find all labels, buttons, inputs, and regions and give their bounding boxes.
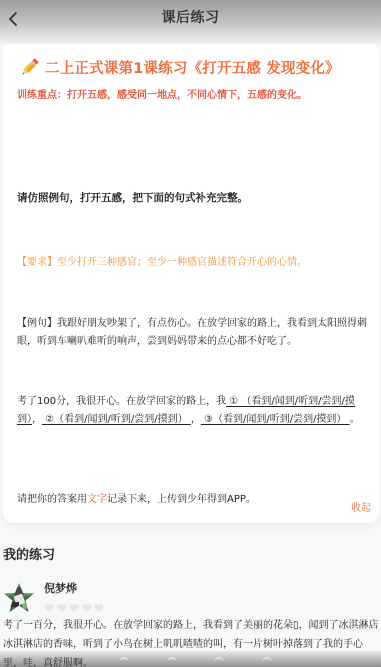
exercise-title-row: 二上正式课第1课练习《打开五感 发现变化》 [19, 57, 340, 78]
collapse-button[interactable]: 收起 [351, 499, 371, 514]
fill-blank-3: ③（看到/闻到/听到/尝到/摸到） [201, 414, 350, 425]
fill-separator: ， [32, 414, 42, 425]
page-title: 课后练习 [0, 7, 381, 27]
example-sentence: 【例句】我跟好朋友吵架了，有点伤心。在放学回家的路上，我看到太阳照得刺眼，听到车… [17, 315, 367, 351]
practice-author: 倪梦烨 [3, 578, 107, 614]
heart-icon [69, 603, 79, 613]
author-info: 倪梦烨 [44, 578, 107, 614]
upload-instruction: 请把你的答案用文字记录下来，上传到少年得到APP。 [17, 490, 256, 505]
author-name: 倪梦烨 [44, 580, 107, 596]
pencil-icon [19, 58, 39, 78]
my-practice-heading: 我的练习 [3, 544, 55, 563]
heart-icon [94, 603, 104, 613]
heart-icon [44, 603, 54, 613]
fill-separator: ， [191, 414, 201, 425]
heart-icon [57, 603, 67, 613]
requirement-text: 【要求】至少打开三种感官；至少一种感官描述符合开心的心情。 [17, 253, 307, 268]
toolbar-icon[interactable] [262, 657, 272, 663]
upload-prefix: 请把你的答案用 [17, 494, 87, 505]
upload-suffix: 记录下来，上传到少年得到APP。 [107, 494, 256, 505]
bottom-toolbar-overlay [0, 651, 381, 667]
upload-highlight: 文字 [87, 494, 107, 505]
toolbar-icon[interactable] [167, 657, 177, 663]
exercise-card: 二上正式课第1课练习《打开五感 发现变化》 训练重点：打开五感，感受同一地点，不… [3, 42, 379, 523]
fill-in-template: 考了100分，我很开心。在放学回家的路上，我 ① （看到/闻到/听到/尝到/摸到… [17, 393, 369, 429]
avatar[interactable] [3, 582, 35, 614]
fill-prefix: 考了100分，我很开心。在放学回家的路上，我 [17, 396, 226, 407]
page: 课后练习 二上正式课第1课练习《打开五感 发现变化》 训练重点：打开五感，感受同… [0, 0, 381, 667]
instruction-text: 请仿照例句，打开五感，把下面的句式补充完整。 [17, 190, 248, 205]
toolbar-icon[interactable] [214, 657, 224, 663]
training-focus: 训练重点：打开五感，感受同一地点，不同心情下，五感的变化。 [17, 86, 307, 101]
heart-icon [82, 603, 92, 613]
fill-blank-2: ②（看到/闻到/听到/尝到/摸到） [42, 414, 191, 425]
fill-suffix: 。 [350, 414, 360, 425]
rating-hearts [44, 603, 107, 613]
toolbar-icon[interactable] [119, 657, 129, 663]
bottom-toolbar-icons [0, 657, 381, 667]
header-bar: 课后练习 [0, 0, 381, 44]
exercise-title: 二上正式课第1课练习《打开五感 发现变化》 [45, 57, 340, 78]
